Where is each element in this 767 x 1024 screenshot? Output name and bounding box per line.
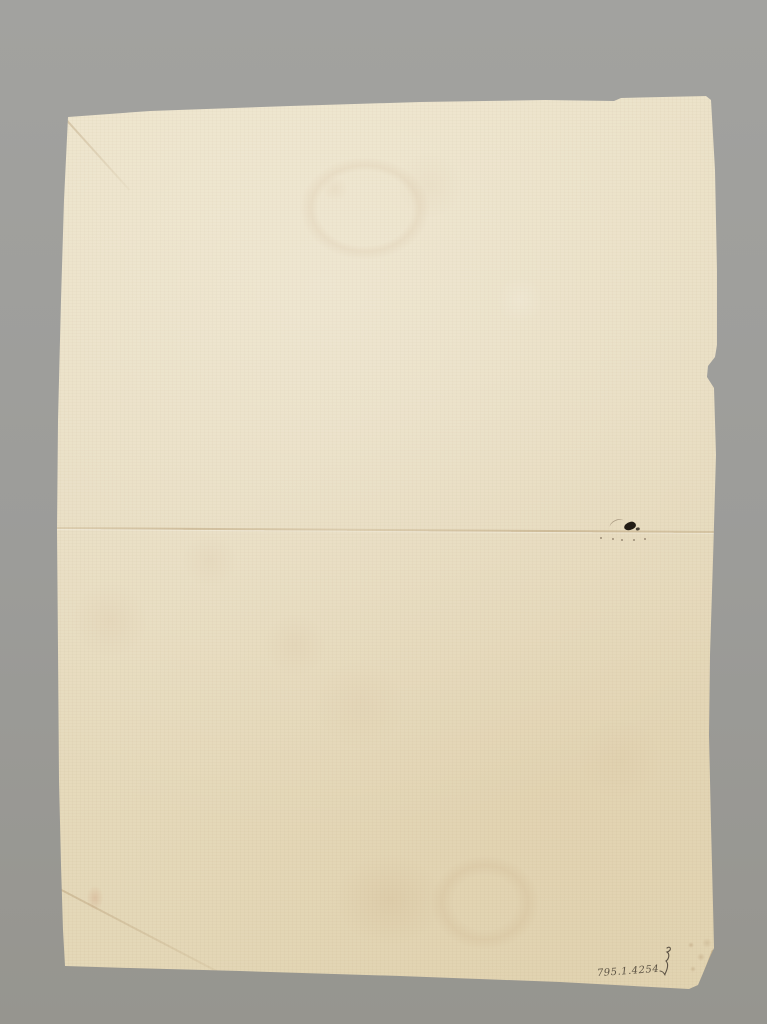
photo-backdrop: 795.1.4254 — [0, 0, 767, 1024]
ink-blot — [623, 521, 636, 531]
ink-speck — [621, 539, 623, 541]
catalog-inscription: 795.1.4254 — [597, 965, 660, 979]
ghost-stain-bottom-center — [430, 855, 540, 950]
ink-speck — [633, 539, 635, 541]
ink-squiggle-mark — [656, 944, 676, 982]
ink-speck — [644, 538, 646, 540]
paper-sheet: 795.1.4254 — [0, 0, 767, 1024]
speckle-cluster-bottom-right — [683, 935, 715, 977]
ghost-stain-top — [290, 150, 440, 280]
bottom-left-corner-crease — [55, 886, 236, 982]
ghost-stain-bottom-left — [330, 850, 450, 950]
horizontal-fold-crease — [57, 527, 717, 533]
ink-speck — [612, 538, 614, 540]
squiggle-path — [660, 947, 670, 975]
bottom-right-corner-crease — [698, 950, 713, 988]
red-stain-bottom-left — [80, 880, 110, 916]
ink-speck — [600, 537, 602, 539]
ink-specks — [600, 536, 650, 542]
top-left-corner-crease — [65, 118, 131, 191]
